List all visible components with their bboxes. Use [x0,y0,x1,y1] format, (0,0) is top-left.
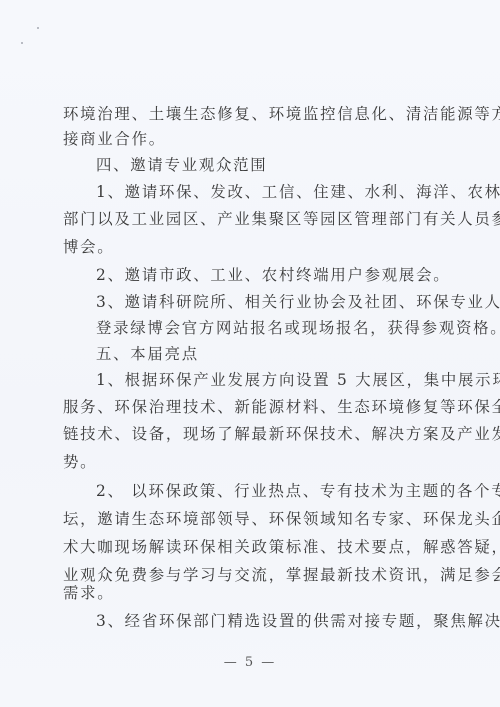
document-page: 环境治理、土壤生态修复、环境监控信息化、清洁能源等方向对 接商业合作。 四、邀请… [0,0,500,707]
body-line: 3、邀请科研院所、相关行业协会及社团、环保专业人士参会。 [96,292,476,312]
body-line: 服务、环保治理技术、新能源材料、生态环境修复等环保全产业 [63,397,443,417]
page-number: — 5 — [0,655,500,670]
body-line: 接商业合作。 [63,129,443,149]
body-line: 势。 [63,452,443,472]
body-line: 2、邀请市政、工业、农村终端用户参观展会。 [96,265,476,285]
body-line: 环境治理、土壤生态修复、环境监控信息化、清洁能源等方向对 [63,104,443,124]
body-line: 1、邀请环保、发改、工信、住建、水利、海洋、农林等政府 [96,182,476,202]
body-line: 部门以及工业园区、产业集聚区等园区管理部门有关人员参观绿 [63,209,443,229]
body-line: 登录绿博会官方网站报名或现场报名，获得参观资格。 [96,318,476,338]
scan-speck [21,42,23,44]
body-line: 1、根据环保产业发展方向设置 5 大展区，集中展示环保综合 [96,370,476,390]
section-heading: 五、本届亮点 [96,344,476,364]
section-heading: 四、邀请专业观众范围 [96,155,476,175]
body-line: 需求。 [63,583,443,603]
body-line: 坛，邀请生态环境部领导、环保领域知名专家、环保龙头企业技 [63,509,443,529]
body-line: 业观众免费参与学习与交流，掌握最新技术资讯，满足参会各方 [63,565,443,585]
body-line: 链技术、设备，现场了解最新环保技术、解决方案及产业发展趋 [63,424,443,444]
body-line: 术大咖现场解读环保相关政策标准、技术要点，解惑答疑，让专 [63,537,443,557]
scan-speck [37,27,39,29]
body-line: 2、 以环保政策、行业热点、专有技术为主题的各个专业论 [96,481,476,501]
body-line: 博会。 [63,237,443,257]
body-line: 3、经省环保部门精选设置的供需对接专题，聚焦解决山东环 [96,611,476,631]
